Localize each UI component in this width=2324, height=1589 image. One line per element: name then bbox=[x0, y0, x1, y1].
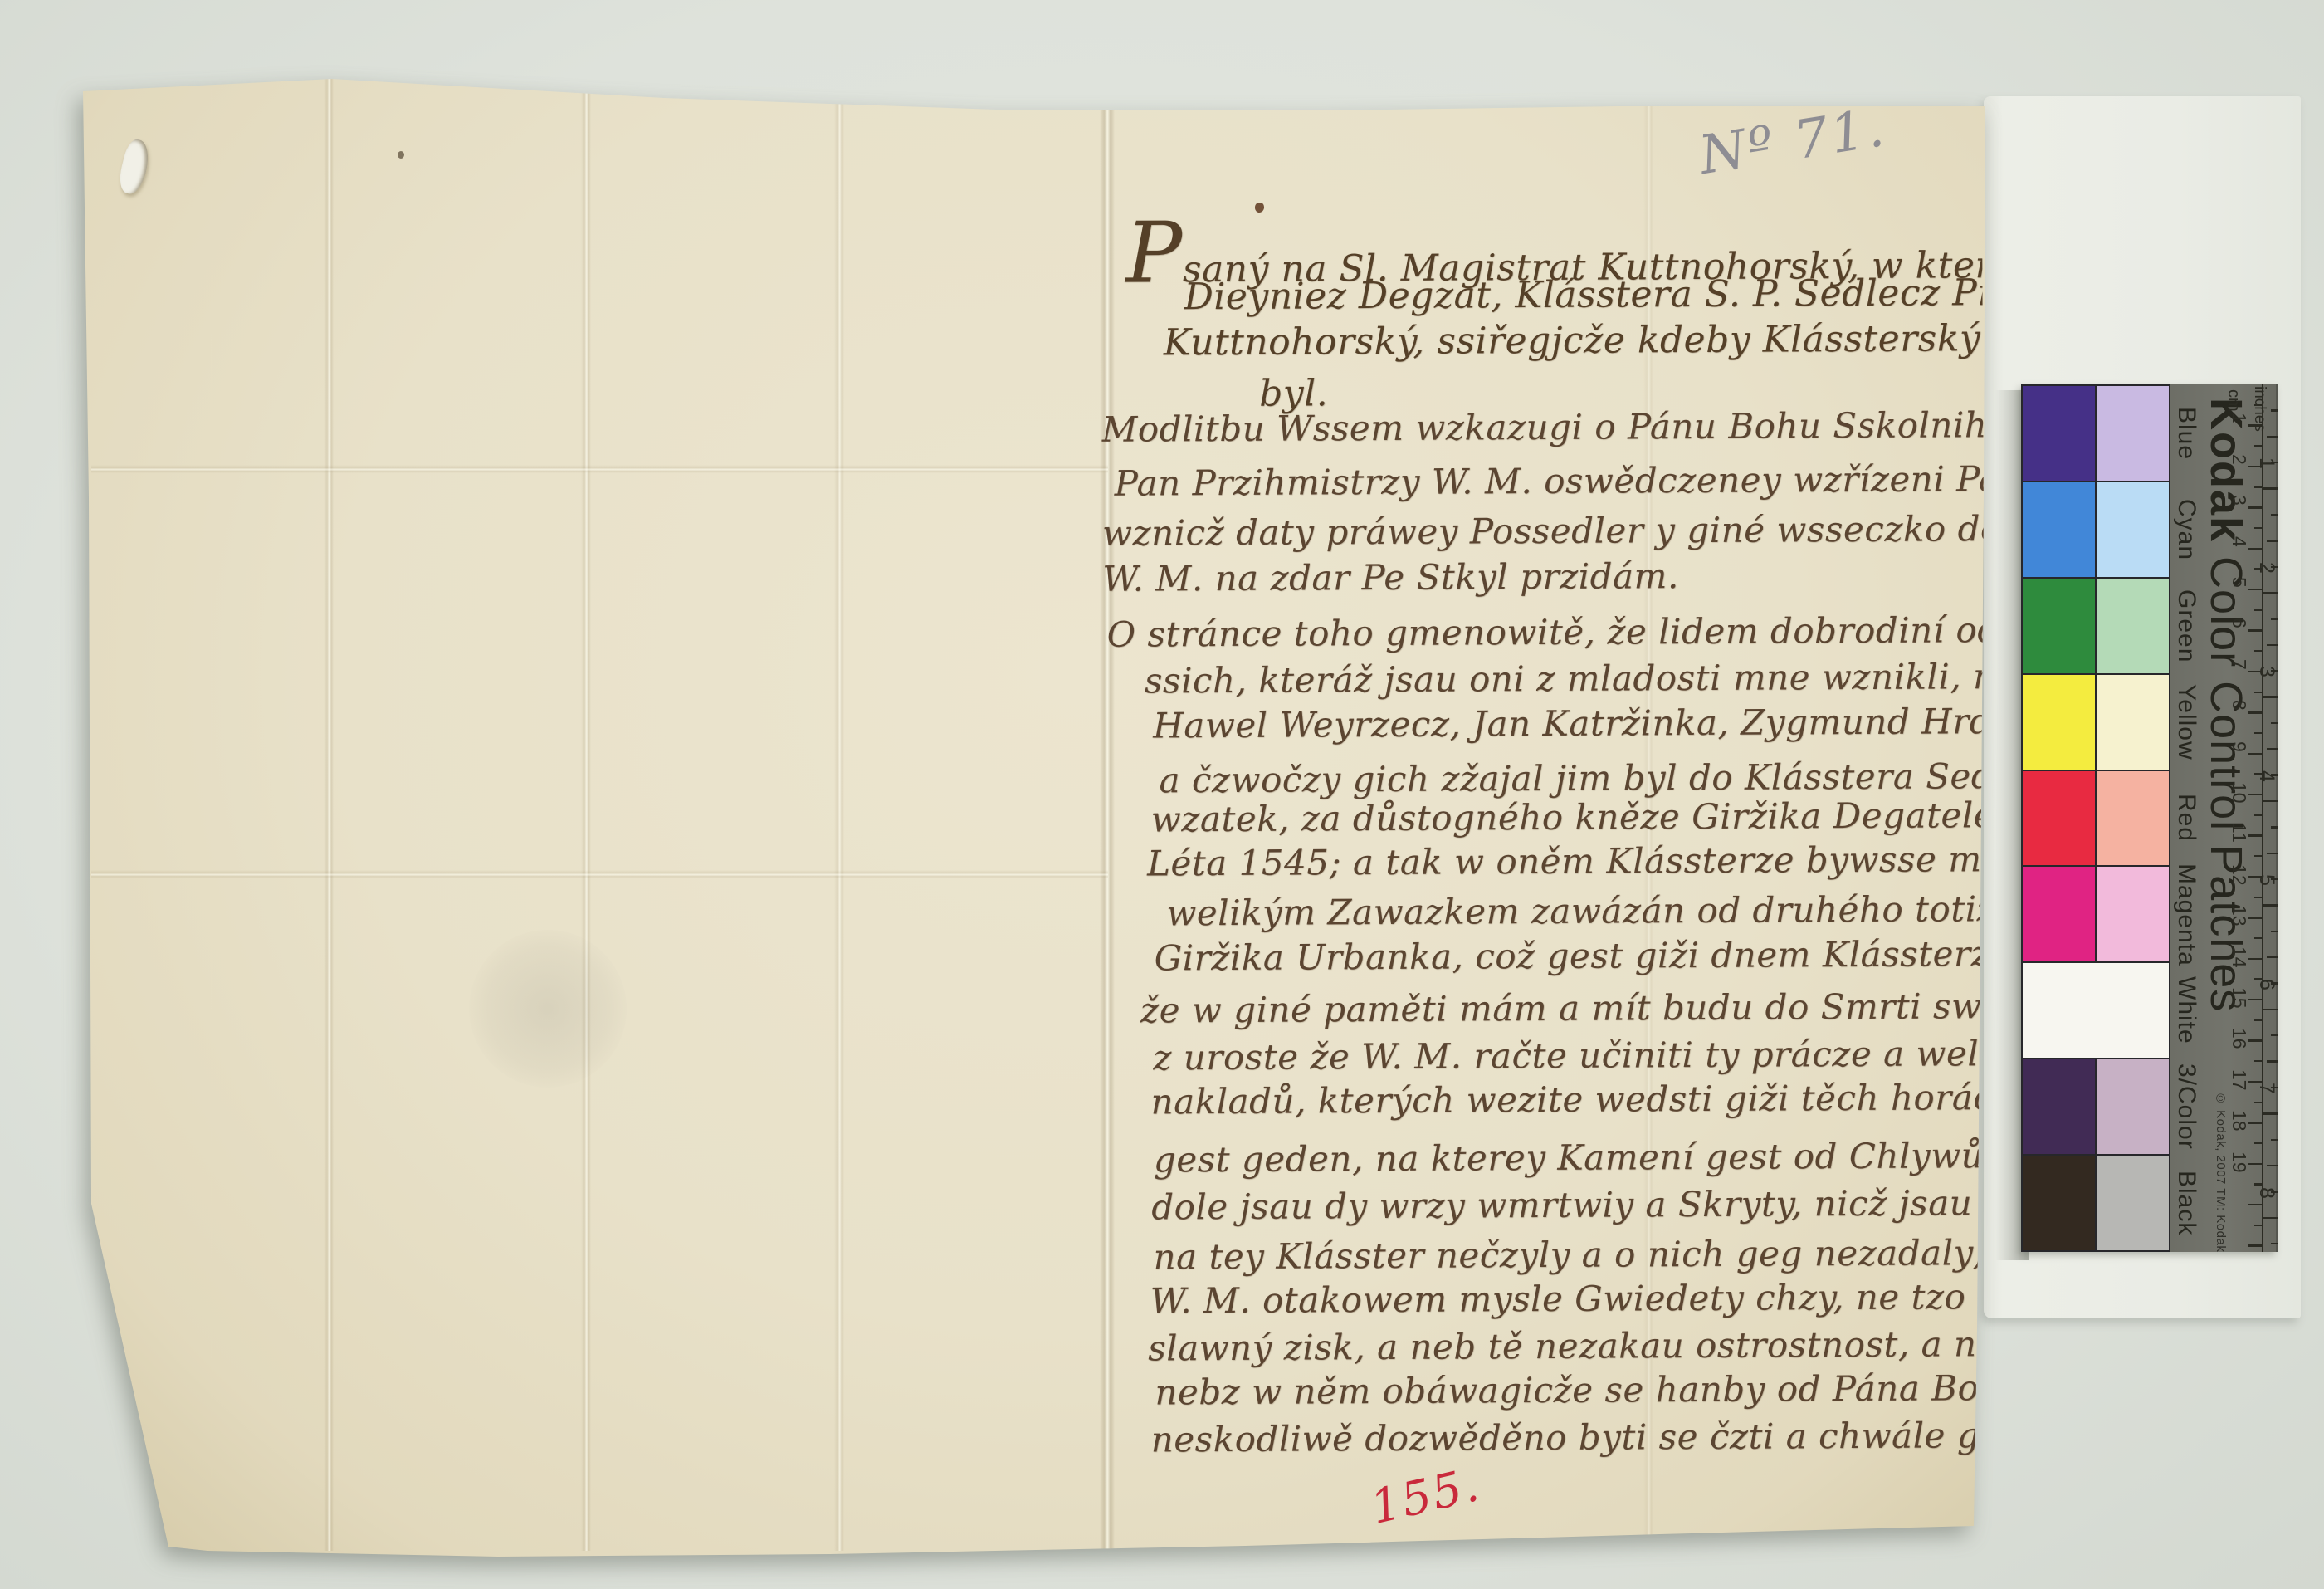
ruler-number-inch: 2 bbox=[2253, 562, 2278, 574]
ruler-number-inch: 8 bbox=[2253, 1187, 2278, 1199]
ruler-tick bbox=[2262, 904, 2278, 906]
strip-label-bar: BlueCyanGreenYellowRedMagentaWhite3/Colo… bbox=[2170, 384, 2278, 1252]
ruler-number-cm: 17 bbox=[2225, 1069, 2250, 1091]
ruler-tick bbox=[2254, 814, 2262, 816]
ruler-tick bbox=[2254, 404, 2262, 406]
manuscript-line: Pan Przihmistrzy W. M. oswědczeney wzříz… bbox=[1115, 457, 1990, 503]
ruler-tick bbox=[2248, 1163, 2262, 1165]
manuscript-line: Giržika Urbanka, což gest giži dnem Klás… bbox=[1155, 932, 1990, 978]
ruler-tick bbox=[2271, 1034, 2278, 1036]
ruler-tick bbox=[2267, 644, 2278, 646]
ruler-number-cm: 3 bbox=[2225, 495, 2250, 506]
ruler-number-cm: 5 bbox=[2225, 577, 2250, 588]
patch-grid bbox=[2021, 384, 2170, 1252]
manuscript-line: O stránce toho gmenowitě, že lidem dobro… bbox=[1106, 608, 1989, 655]
ruler-tick bbox=[2254, 1142, 2262, 1144]
manuscript-line: nakladů, kterých wezite wedsti giži těch… bbox=[1150, 1076, 1989, 1122]
ruler-number-inch: 3 bbox=[2253, 666, 2278, 677]
manuscript-line: Léta 1545; a tak w oněm Klássterze bywss… bbox=[1147, 837, 1989, 883]
manuscript-line: Modlitbu Wssem wzkazugi o Pánu Bohu Ssko… bbox=[1101, 403, 1989, 450]
ruler-tick bbox=[2262, 800, 2278, 802]
fold-crease-vertical bbox=[324, 75, 334, 1551]
color-patch-red-dark bbox=[2023, 771, 2095, 866]
paper-tear bbox=[115, 137, 153, 196]
color-patch-magenta-dark bbox=[2023, 867, 2095, 961]
ruler-tick bbox=[2262, 1217, 2278, 1219]
ruler-number-cm: 16 bbox=[2225, 1028, 2250, 1049]
ruler-tick bbox=[2254, 937, 2262, 939]
ruler-number-cm: 2 bbox=[2225, 454, 2250, 465]
ruler-number-cm: 1 bbox=[2225, 413, 2250, 423]
ruler-tick bbox=[2262, 592, 2278, 594]
fold-crease-vertical bbox=[834, 75, 844, 1551]
ruler-tick bbox=[2254, 897, 2262, 898]
ruler-tick bbox=[2254, 1183, 2262, 1185]
ruler-tick bbox=[2267, 853, 2278, 854]
ruler-number-inch: 1 bbox=[2253, 457, 2278, 469]
ruler-tick bbox=[2248, 506, 2262, 508]
manuscript-line: ssich, kteráž jsau oni z mladosti mne wz… bbox=[1145, 655, 1989, 701]
manuscript-text-block: Psaný na Sl. Magistrat Kuttnohorský, w k… bbox=[1101, 188, 1989, 1513]
ruler-number-cm: 12 bbox=[2225, 864, 2250, 886]
ruler-tick bbox=[2267, 1165, 2278, 1166]
ruler-tick bbox=[2248, 1039, 2262, 1041]
ruler-tick bbox=[2254, 445, 2262, 447]
color-patch-white bbox=[2023, 963, 2169, 1058]
manuscript-line: gest geden, na kterey Kamení gest od Chl… bbox=[1154, 1134, 1989, 1181]
color-patch-magenta-light bbox=[2097, 867, 2169, 961]
ruler-tick bbox=[2254, 1060, 2262, 1062]
ruler-number-cm: 4 bbox=[2225, 536, 2250, 547]
ruler-number-cm: 11 bbox=[2225, 823, 2250, 843]
manuscript-line: a čzwočzy gich zžajal jim byl do Klásste… bbox=[1159, 755, 1989, 800]
paper-speck bbox=[398, 151, 404, 159]
ruler-tick bbox=[2254, 855, 2262, 857]
ruler-tick bbox=[2254, 527, 2262, 529]
manuscript-line: W. M. otakowem mysle Gwiedety chzy, ne t… bbox=[1150, 1276, 1989, 1322]
ruler-tick bbox=[2267, 540, 2278, 541]
ruler-tick bbox=[2254, 486, 2262, 488]
manuscript-line: z uroste že W. M. račte učiniti ty prácz… bbox=[1153, 1033, 1989, 1078]
manuscript-document-wrap: Nº 71. 155. Psaný na Sl. Magistrat Kuttn… bbox=[79, 25, 1988, 1567]
ruler-tick bbox=[2254, 732, 2262, 734]
ruler-tick bbox=[2262, 1112, 2278, 1114]
kodak-color-strip: BlueCyanGreenYellowRedMagentaWhite3/Colo… bbox=[2021, 384, 2278, 1252]
color-patch-blue-dark bbox=[2023, 386, 2095, 481]
ruler-number-cm: 18 bbox=[2225, 1110, 2250, 1132]
color-patch-3-color-light bbox=[2097, 1059, 2169, 1154]
color-patch-red-light bbox=[2097, 771, 2169, 866]
ruler-tick bbox=[2248, 1204, 2262, 1205]
ruler-tick bbox=[2254, 650, 2262, 652]
ruler-tick bbox=[2271, 514, 2278, 516]
ruler-tick bbox=[2267, 956, 2278, 958]
archival-photo-stage: Nº 71. 155. Psaný na Sl. Magistrat Kuttn… bbox=[0, 0, 2324, 1589]
ruler-cm-label: cm bbox=[2224, 389, 2243, 412]
ruler-tick bbox=[2248, 548, 2262, 550]
ruler-tick bbox=[2248, 1244, 2262, 1246]
fold-crease-horizontal bbox=[91, 870, 1108, 878]
ruler-tick bbox=[2248, 958, 2262, 960]
ruler-tick bbox=[2254, 1019, 2262, 1021]
ruler-tick bbox=[2254, 1225, 2262, 1226]
manuscript-document: Nº 71. 155. Psaný na Sl. Magistrat Kuttn… bbox=[79, 25, 1988, 1567]
ruler-tick bbox=[2248, 917, 2262, 918]
ruler-number-cm: 15 bbox=[2225, 987, 2250, 1009]
manuscript-line: Dieyniez Degzat, Klásstera S. P. Sedlecz… bbox=[1184, 271, 1989, 319]
ruler-number-cm: 13 bbox=[2225, 905, 2250, 927]
manuscript-line: wzatek, za důstogného kněze Giržika Dega… bbox=[1151, 794, 1989, 839]
manuscript-line: wznicž daty práwey Possedler y giné wsse… bbox=[1102, 507, 1989, 554]
ruler-tick bbox=[2267, 748, 2278, 750]
ruler-tick bbox=[2248, 424, 2262, 426]
pencil-archival-number: Nº 71. bbox=[1696, 97, 1891, 187]
color-patch-green-light bbox=[2097, 579, 2169, 673]
ruler-tick bbox=[2267, 1060, 2278, 1062]
ruler-tick bbox=[2248, 711, 2262, 713]
ruler-tick bbox=[2262, 1009, 2278, 1010]
ruler-tick bbox=[2271, 409, 2278, 411]
ruler-tick bbox=[2271, 1139, 2278, 1141]
ruler-number-inch: 5 bbox=[2253, 874, 2278, 886]
ruler-tick bbox=[2262, 487, 2278, 489]
ruler-tick bbox=[2248, 753, 2262, 755]
ruler-number-cm: 9 bbox=[2225, 741, 2250, 752]
color-patch-cyan-dark bbox=[2023, 482, 2095, 577]
manuscript-line: Kuttnohorský, ssiřegjcže kdeby Klássters… bbox=[1164, 315, 1990, 364]
ruler-tick bbox=[2248, 834, 2262, 836]
ruler-tick bbox=[2262, 696, 2278, 697]
ruler-tick bbox=[2248, 629, 2262, 631]
ruler-divider-line bbox=[2262, 384, 2263, 1252]
manuscript-line: welikým Zawazkem zawázán od druhého toti… bbox=[1166, 887, 1989, 933]
ruler-tick bbox=[2271, 931, 2278, 932]
manuscript-line: na tey Klásster nečzyly a o nich geg nez… bbox=[1153, 1232, 1985, 1277]
color-patch-cyan-light bbox=[2097, 482, 2169, 577]
manuscript-line: že w giné paměti mám a mít budu do Smrti… bbox=[1140, 985, 1989, 1031]
color-patch-black-light bbox=[2097, 1156, 2169, 1250]
strip-ruler: cm inches 123456789101112131415161718191… bbox=[2170, 384, 2278, 1252]
ruler-tick bbox=[2267, 436, 2278, 438]
ruler-tick bbox=[2254, 1102, 2262, 1103]
manuscript-line: Hawel Weyrzecz, Jan Katržinka, Zygmund H… bbox=[1153, 700, 1989, 746]
ruler-number-cm: 10 bbox=[2225, 782, 2250, 804]
ruler-number-cm: 7 bbox=[2225, 659, 2250, 670]
manuscript-line: slawný zisk, a neb tě nezakau ostrostnos… bbox=[1148, 1323, 1989, 1369]
fold-crease-vertical bbox=[581, 75, 591, 1551]
manuscript-line: dole jsau dy wrzy wmrtwiy a Skryty, nicž… bbox=[1151, 1181, 1989, 1227]
color-patch-green-dark bbox=[2023, 579, 2095, 673]
ruler-tick bbox=[2248, 589, 2262, 590]
ink-smudge bbox=[469, 930, 627, 1088]
ruler-tick bbox=[2271, 722, 2278, 724]
ruler-tick bbox=[2271, 618, 2278, 619]
color-patch-black-dark bbox=[2023, 1156, 2095, 1250]
ruler-tick bbox=[2271, 826, 2278, 828]
color-patch-blue-light bbox=[2097, 386, 2169, 481]
ruler-number-inch: 4 bbox=[2253, 770, 2278, 782]
manuscript-line: W. M. na zdar Pe Stkyl przidám. bbox=[1102, 555, 1679, 599]
manuscript-line: neskodliwě dozwěděno byti se čzti a chwá… bbox=[1151, 1414, 1990, 1460]
ruler-number-inch: 6 bbox=[2253, 979, 2278, 990]
ruler-number-cm: 14 bbox=[2225, 946, 2250, 968]
ruler-number-cm: 19 bbox=[2225, 1151, 2250, 1173]
ruler-tick bbox=[2254, 692, 2262, 693]
ruler-tick bbox=[2248, 1122, 2262, 1123]
ruler-number-cm: 8 bbox=[2225, 700, 2250, 711]
ruler-tick bbox=[2271, 1243, 2278, 1244]
color-patch-yellow-light bbox=[2097, 675, 2169, 770]
ruler-tick bbox=[2254, 609, 2262, 611]
ruler-tick bbox=[2248, 999, 2262, 1000]
ruler-tick bbox=[2248, 794, 2262, 795]
color-patch-yellow-dark bbox=[2023, 675, 2095, 770]
ruler-number-cm: 6 bbox=[2225, 618, 2250, 628]
fold-crease-horizontal bbox=[91, 465, 1108, 473]
color-patch-3-color-dark bbox=[2023, 1059, 2095, 1154]
manuscript-line: nebz w něm obáwagicže se hanby od Pána B… bbox=[1155, 1366, 1989, 1412]
ruler-number-inch: 7 bbox=[2253, 1083, 2278, 1094]
